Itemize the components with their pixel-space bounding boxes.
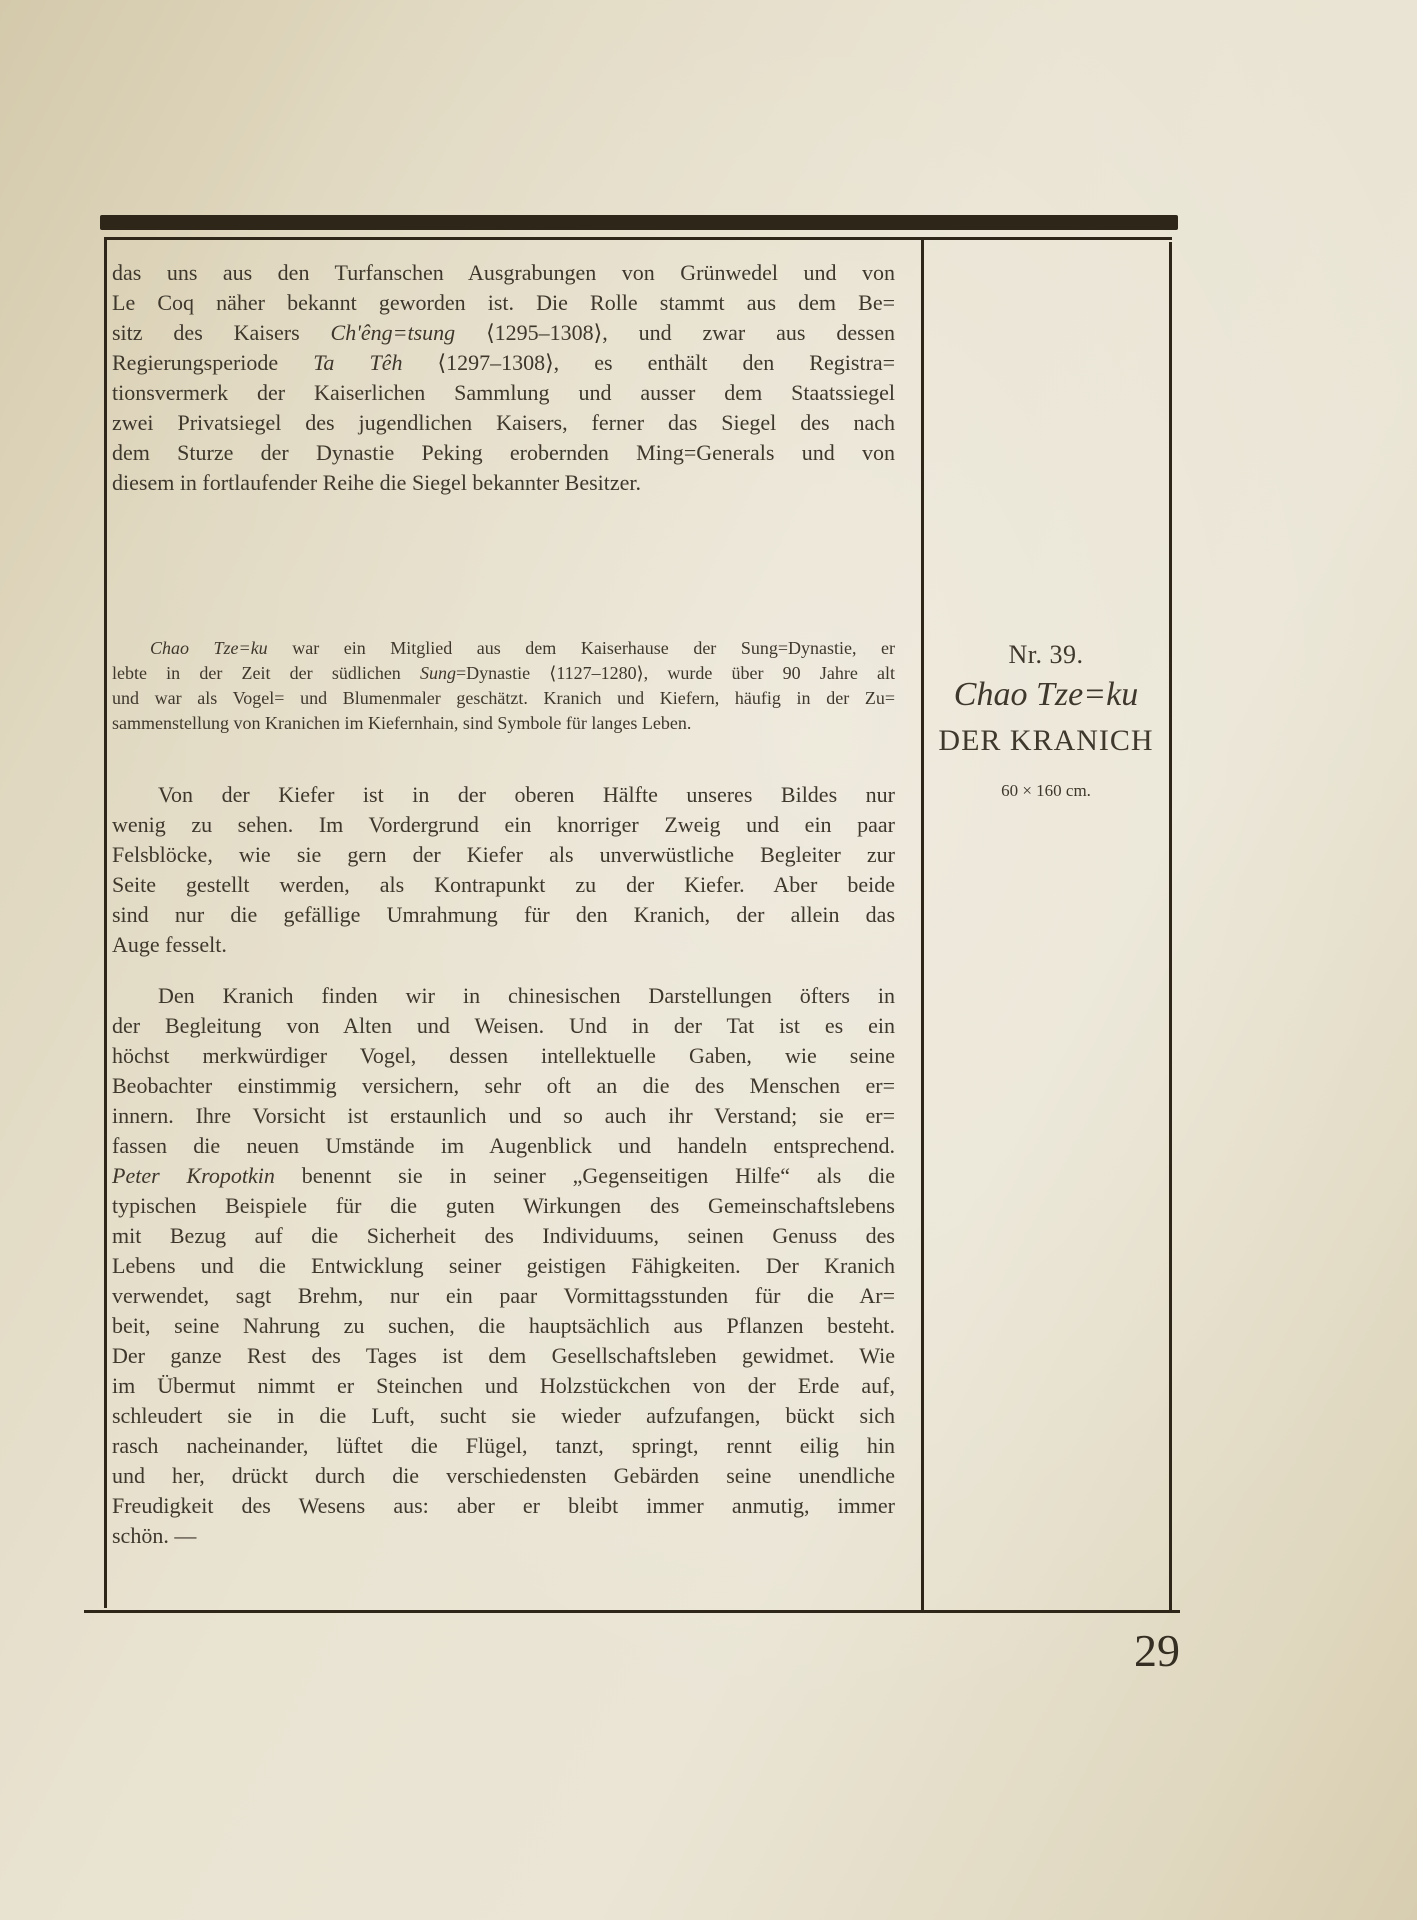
text-line: und her, drückt durch die verschiedenste… xyxy=(112,1461,895,1491)
text-line: rasch nacheinander, lüftet die Flügel, t… xyxy=(112,1431,895,1461)
text-line: Felsblöcke, wie sie gern der Kiefer als … xyxy=(112,840,895,870)
text-line: dem Sturze der Dynastie Peking erobernde… xyxy=(112,438,895,468)
text-line: schleudert sie in die Luft, sucht sie wi… xyxy=(112,1401,895,1431)
text-line: lebte in der Zeit der südlichen Sung=Dyn… xyxy=(112,661,895,686)
text-line: Der ganze Rest des Tages ist dem Gesells… xyxy=(112,1341,895,1371)
text-line: sammenstellung von Kranichen im Kiefernh… xyxy=(112,711,895,736)
text-line: Auge fesselt. xyxy=(112,930,895,960)
text-line: wenig zu sehen. Im Vordergrund ein knorr… xyxy=(112,810,895,840)
artwork-dimensions: 60 × 160 cm. xyxy=(922,781,1170,801)
text-line: der Begleitung von Alten und Weisen. Und… xyxy=(112,1011,895,1041)
text-line: mit Bezug auf die Sicherheit des Individ… xyxy=(112,1221,895,1251)
text-line: fassen die neuen Umstände im Augenblick … xyxy=(112,1131,895,1161)
text-line: Lebens und die Entwicklung seiner geisti… xyxy=(112,1251,895,1281)
right-border-rule xyxy=(1169,242,1172,1612)
text-line: Den Kranich finden wir in chinesischen D… xyxy=(112,981,895,1011)
text-line: diesem in fortlaufender Reihe die Siegel… xyxy=(112,468,895,498)
text-line: Chao Tze=ku war ein Mitglied aus dem Kai… xyxy=(112,636,895,661)
text-line: typischen Beispiele für die guten Wirkun… xyxy=(112,1191,895,1221)
text-line: Von der Kiefer ist in der oberen Hälfte … xyxy=(112,780,895,810)
paragraph-picture-description: Von der Kiefer ist in der oberen Hälfte … xyxy=(112,780,895,960)
bottom-rule xyxy=(84,1610,1180,1613)
text-line: und war als Vogel= und Blumenmaler gesch… xyxy=(112,686,895,711)
text-line: verwendet, sagt Brehm, nur ein paar Vorm… xyxy=(112,1281,895,1311)
artwork-title: DER KRANICH xyxy=(922,724,1170,758)
text-line: Freudigkeit des Wesens aus: aber er blei… xyxy=(112,1491,895,1521)
text-line: zwei Privatsiegel des jugendlichen Kaise… xyxy=(112,408,895,438)
text-line: innern. Ihre Vorsicht ist erstaunlich un… xyxy=(112,1101,895,1131)
text-line: höchst merkwürdiger Vogel, dessen intell… xyxy=(112,1041,895,1071)
text-line: Beobachter einstimmig versichern, sehr o… xyxy=(112,1071,895,1101)
artist-name: Chao Tze=ku xyxy=(922,676,1170,714)
text-line: beit, seine Nahrung zu suchen, die haupt… xyxy=(112,1311,895,1341)
text-line: Le Coq näher bekannt geworden ist. Die R… xyxy=(112,288,895,318)
text-line: im Übermut nimmt er Steinchen und Holzst… xyxy=(112,1371,895,1401)
left-border-rule xyxy=(104,240,107,1608)
text-line: Regierungsperiode Ta Têh ⟨1297–1308⟩, es… xyxy=(112,348,895,378)
paragraph-crane-essay: Den Kranich finden wir in chinesischen D… xyxy=(112,981,895,1551)
text-line: sind nur die gefällige Umrahmung für den… xyxy=(112,900,895,930)
page-number: 29 xyxy=(1122,1624,1192,1677)
paragraph-provenance: das uns aus den Turfanschen Ausgrabungen… xyxy=(112,258,895,498)
text-line: Seite gestellt werden, als Kontrapunkt z… xyxy=(112,870,895,900)
catalog-number: Nr. 39. xyxy=(922,640,1170,670)
book-page: das uns aus den Turfanschen Ausgrabungen… xyxy=(0,0,1417,1920)
paragraph-artist-biography: Chao Tze=ku war ein Mitglied aus dem Kai… xyxy=(112,636,895,736)
top-rule-thin xyxy=(104,237,1172,240)
column-divider-rule xyxy=(921,240,924,1612)
text-line: sitz des Kaisers Ch'êng=tsung ⟨1295–1308… xyxy=(112,318,895,348)
text-line: das uns aus den Turfanschen Ausgrabungen… xyxy=(112,258,895,288)
text-line: Peter Kropotkin benennt sie in seiner „G… xyxy=(112,1161,895,1191)
top-rule-thick xyxy=(100,215,1178,230)
text-line: schön. — xyxy=(112,1521,895,1551)
text-line: tionsvermerk der Kaiserlichen Sammlung u… xyxy=(112,378,895,408)
